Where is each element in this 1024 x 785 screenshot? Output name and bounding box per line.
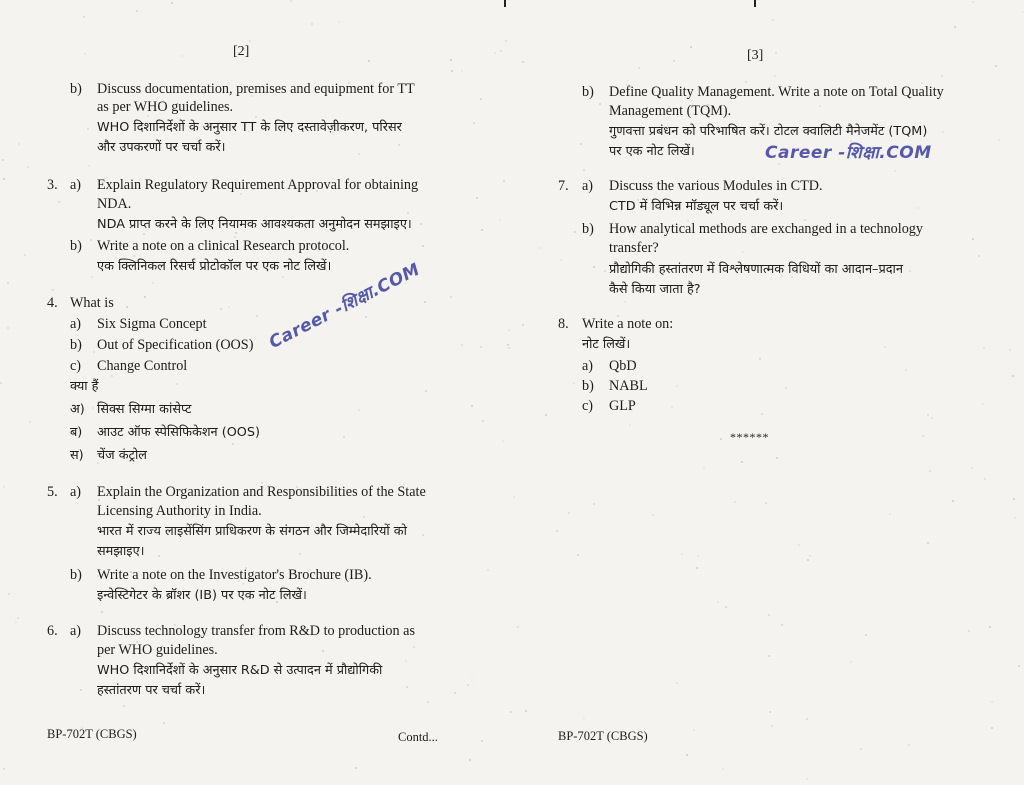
sub-label: b)	[582, 376, 594, 396]
question-text-hindi: क्या हैं	[70, 377, 98, 397]
question-number: 5.	[47, 482, 58, 502]
question-text-hindi: पर एक नोट लिखें।	[609, 142, 695, 162]
question-number: 4.	[47, 293, 58, 313]
question-text-hindi: NDA प्राप्त करने के लिए नियामक आवश्यकता …	[97, 215, 412, 235]
continued-note: Contd...	[398, 730, 438, 745]
sub-label: a)	[582, 356, 593, 376]
question-text: Define Quality Management. Write a note …	[609, 82, 944, 102]
question-number: 7.	[558, 176, 569, 196]
question-text-hindi: और उपकरणों पर चर्चा करें।	[97, 138, 226, 158]
question-text-hindi: भारत में राज्य लाइसेंसिंग प्राधिकरण के स…	[97, 522, 407, 542]
question-text: transfer?	[609, 238, 659, 258]
sub-label: b)	[70, 565, 82, 585]
paper-code: BP-702T (CBGS)	[47, 727, 137, 742]
list-item: आउट ऑफ स्पेसिफिकेशन (OOS)	[97, 423, 260, 443]
page-number: [2]	[233, 44, 249, 60]
list-item: GLP	[609, 396, 636, 416]
sub-label: b)	[582, 219, 594, 239]
question-text-hindi: कैसे किया जाता है?	[609, 280, 701, 300]
question-text-hindi: समझाइए।	[97, 542, 145, 562]
list-item: Out of Specification (OOS)	[97, 335, 253, 355]
list-item: NABL	[609, 376, 648, 396]
question-text-hindi: एक क्लिनिकल रिसर्च प्रोटोकॉल पर एक नोट ल…	[97, 257, 331, 277]
question-number: 3.	[47, 175, 58, 195]
question-text: per WHO guidelines.	[97, 640, 218, 660]
list-item: चेंज कंट्रोल	[97, 446, 147, 466]
question-text: Explain Regulatory Requirement Approval …	[97, 175, 418, 195]
question-text: Write a note on the Investigator's Broch…	[97, 565, 372, 585]
question-text: Explain the Organization and Responsibil…	[97, 482, 426, 502]
question-text: Management (TQM).	[609, 101, 731, 121]
sub-label: अ)	[70, 400, 85, 420]
question-text: NDA.	[97, 194, 131, 214]
question-number: 6.	[47, 621, 58, 641]
question-text: Licensing Authority in India.	[97, 501, 262, 521]
sub-label: ब)	[70, 423, 82, 443]
sub-label: a)	[70, 175, 81, 195]
sub-label: b)	[582, 82, 594, 102]
sub-label: a)	[70, 621, 81, 641]
fold-mark	[754, 0, 756, 7]
sub-label: b)	[70, 335, 82, 355]
end-of-paper-mark: ******	[730, 427, 769, 447]
sub-label: a)	[70, 482, 81, 502]
question-text-hindi: प्रौद्योगिकी हस्तांतरण में विश्लेषणात्मक…	[609, 260, 903, 280]
list-item: सिक्स सिग्मा कांसेप्ट	[97, 400, 191, 420]
question-text-hindi: हस्तांतरण पर चर्चा करें।	[97, 681, 205, 701]
sub-label: c)	[70, 356, 81, 376]
question-text: Discuss technology transfer from R&D to …	[97, 621, 415, 641]
paper-code: BP-702T (CBGS)	[558, 729, 648, 744]
sub-label: c)	[582, 396, 593, 416]
sub-label: a)	[70, 314, 81, 334]
question-text: How analytical methods are exchanged in …	[609, 219, 923, 239]
question-text-hindi: इन्वेस्टिगेटर के ब्रॉशर (IB) पर एक नोट ल…	[97, 586, 307, 606]
question-number: 8.	[558, 314, 569, 334]
question-text: as per WHO guidelines.	[97, 97, 233, 117]
list-item: Change Control	[97, 356, 187, 376]
question-text: Discuss the various Modules in CTD.	[609, 176, 823, 196]
question-text: Write a note on:	[582, 314, 673, 334]
sub-label: b)	[70, 236, 82, 256]
sub-label: स)	[70, 446, 84, 466]
sub-label: b)	[70, 79, 82, 99]
question-text: Discuss documentation, premises and equi…	[97, 79, 415, 99]
question-text-hindi: नोट लिखें।	[582, 335, 630, 355]
list-item: Six Sigma Concept	[97, 314, 207, 334]
sub-label: a)	[582, 176, 593, 196]
page-number: [3]	[747, 48, 763, 64]
watermark-stamp: Career -शिक्षा.COM	[765, 140, 932, 163]
question-text-hindi: WHO दिशानिर्देशों के अनुसार TT के लिए दस…	[97, 118, 402, 138]
fold-mark	[504, 0, 506, 7]
list-item: QbD	[609, 356, 637, 376]
question-text-hindi: WHO दिशानिर्देशों के अनुसार R&D से उत्पा…	[97, 661, 382, 681]
question-text: Write a note on a clinical Research prot…	[97, 236, 349, 256]
question-text-hindi: CTD में विभिन्न मॉड्यूल पर चर्चा करें।	[609, 197, 783, 217]
question-text-hindi: गुणवत्ता प्रबंधन को परिभाषित करें। टोटल …	[609, 122, 927, 142]
question-text: What is	[70, 293, 114, 313]
